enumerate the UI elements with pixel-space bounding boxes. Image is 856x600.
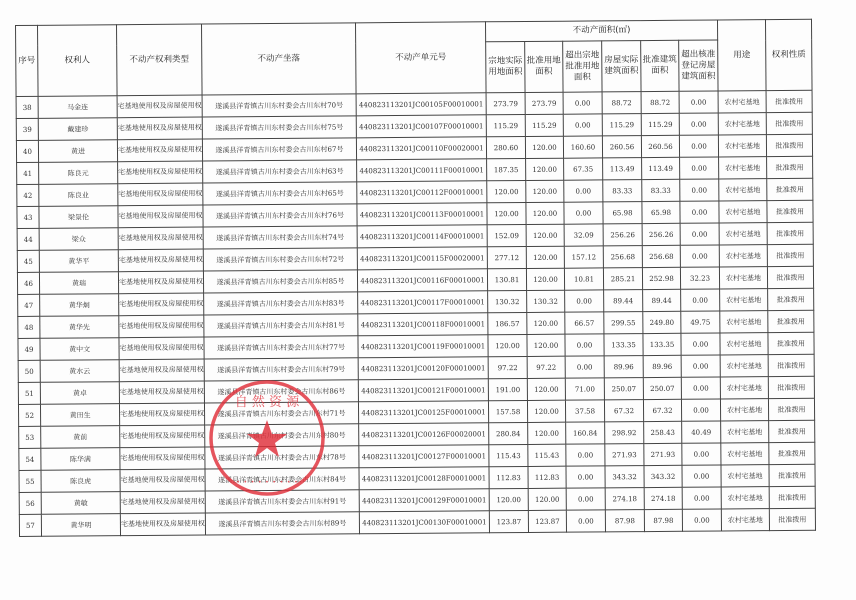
row-right-type: 宅基地使用权及房屋使用权: [117, 95, 202, 118]
row-nature: 批准拨用: [767, 222, 813, 244]
row-usage: 农村宅基地: [719, 157, 767, 179]
row-land-actual: 191.00: [488, 378, 527, 400]
row-location: 遂溪县洋青镇古川东村委会古川东村80号: [205, 424, 359, 447]
row-right-type: 宅基地使用权及房屋使用权: [118, 161, 203, 184]
row-nature: 批准拨用: [768, 398, 814, 420]
row-house-actual: 298.92: [605, 422, 644, 444]
header-usage: 用途: [717, 20, 766, 91]
row-house-actual: 274.18: [605, 488, 644, 510]
row-house-actual: 256.68: [603, 246, 642, 268]
row-land-actual: 120.00: [489, 488, 528, 510]
row-house-excess: 0.00: [681, 289, 720, 311]
row-nature: 批准拨用: [769, 486, 815, 508]
row-location: 遂溪县洋青镇古川东村委会古川东村70号: [202, 94, 356, 117]
row-right-type: 宅基地使用权及房屋使用权: [119, 381, 204, 404]
row-land-actual: 157.58: [488, 400, 527, 422]
row-house-actual: 343.32: [605, 466, 644, 488]
row-seq: 50: [18, 360, 40, 382]
row-land-excess: 67.35: [564, 158, 603, 180]
row-land-excess: 0.00: [565, 334, 604, 356]
row-house-approved: 260.56: [641, 135, 679, 157]
row-location: 遂溪县洋青镇古川东村委会古川东村89号: [205, 512, 359, 535]
row-house-approved: 89.96: [643, 355, 681, 377]
row-house-excess: 0.00: [682, 465, 721, 487]
header-house-approved: 批准建筑面积: [641, 40, 679, 91]
row-house-approved: 67.32: [643, 399, 681, 421]
property-register-table: 序号 权利人 不动产权利类型 不动产坐落 不动产单元号 不动产面积(㎡) 用途 …: [15, 19, 816, 537]
row-nature: 批准拨用: [768, 332, 814, 354]
row-land-actual: 112.83: [489, 466, 528, 488]
row-house-approved: 65.98: [642, 201, 680, 223]
row-location: 遂溪县洋青镇古川东村委会古川东村72号: [203, 248, 357, 271]
row-house-approved: 89.44: [643, 289, 681, 311]
row-seq: 44: [17, 228, 39, 250]
row-right-type: 宅基地使用权及房屋使用权: [119, 337, 204, 360]
row-house-excess: 0.00: [679, 91, 718, 113]
row-unit-no: 440823113201JC00125F00010001: [358, 401, 488, 424]
row-unit-no: 440823113201JC00128F00010001: [359, 467, 489, 490]
row-nature: 批准拨用: [769, 508, 815, 530]
row-house-actual: 299.55: [604, 312, 643, 334]
row-land-approved: 112.83: [528, 466, 566, 488]
row-land-approved: 97.22: [527, 356, 565, 378]
row-house-actual: 285.21: [603, 268, 642, 290]
row-usage: 农村宅基地: [720, 311, 768, 333]
row-house-actual: 88.72: [602, 92, 641, 114]
row-right-type: 宅基地使用权及房屋使用权: [120, 469, 205, 492]
row-house-actual: 67.32: [604, 400, 643, 422]
row-land-excess: 0.00: [564, 180, 603, 202]
row-usage: 农村宅基地: [721, 509, 769, 531]
row-seq: 54: [19, 448, 41, 470]
row-house-actual: 256.26: [603, 224, 642, 246]
row-unit-no: 440823113201JC00110F00020001: [356, 137, 486, 160]
row-holder: 陈良元: [39, 162, 118, 185]
row-land-actual: 187.35: [487, 158, 526, 180]
row-house-actual: 87.98: [605, 510, 644, 532]
row-house-actual: 65.98: [603, 202, 642, 224]
row-seq: 45: [17, 250, 39, 272]
row-unit-no: 440823113201JC00113F00010001: [357, 203, 487, 226]
row-right-type: 宅基地使用权及房屋使用权: [119, 315, 204, 338]
row-unit-no: 440823113201JC00130F00010001: [359, 511, 489, 534]
header-land-actual: 宗地实际用地面积: [486, 41, 525, 92]
table-body: 38马金连宅基地使用权及房屋使用权遂溪县洋青镇古川东村委会古川东村70号4408…: [16, 90, 815, 536]
row-land-actual: 277.12: [487, 246, 526, 268]
row-house-excess: 0.00: [681, 333, 720, 355]
row-usage: 农村宅基地: [720, 399, 768, 421]
row-unit-no: 440823113201JC00107F00010001: [356, 115, 486, 138]
row-house-approved: 256.68: [642, 245, 680, 267]
row-location: 遂溪县洋青镇古川东村委会古川东村63号: [203, 160, 357, 183]
row-unit-no: 440823113201JC00117F00010001: [358, 291, 488, 314]
row-seq: 43: [17, 206, 39, 228]
header-house-excess: 超出核准登记房屋建筑面积: [679, 40, 718, 91]
row-land-excess: 0.00: [565, 290, 604, 312]
row-land-approved: 120.00: [527, 334, 565, 356]
row-unit-no: 440823113201JC00126F00020001: [359, 423, 489, 446]
row-house-excess: 40.49: [682, 421, 721, 443]
row-usage: 农村宅基地: [719, 201, 767, 223]
row-house-excess: 0.00: [682, 509, 721, 531]
row-seq: 51: [18, 382, 40, 404]
row-seq: 56: [19, 492, 41, 514]
row-house-approved: 258.43: [644, 421, 682, 443]
row-land-excess: 0.00: [565, 356, 604, 378]
row-holder: 黄瑞: [39, 272, 118, 295]
row-land-actual: 120.00: [488, 334, 527, 356]
row-land-excess: 66.57: [565, 312, 604, 334]
row-land-excess: 32.09: [564, 224, 603, 246]
row-right-type: 宅基地使用权及房屋使用权: [119, 403, 204, 426]
row-house-excess: 0.00: [679, 135, 718, 157]
row-land-excess: 10.81: [564, 268, 603, 290]
row-location: 遂溪县洋青镇古川东村委会古川东村74号: [203, 226, 357, 249]
row-usage: 农村宅基地: [719, 267, 767, 289]
row-house-approved: 343.32: [644, 465, 682, 487]
row-house-actual: 250.07: [604, 378, 643, 400]
row-unit-no: 440823113201JC00119F00010001: [358, 335, 488, 358]
row-right-type: 宅基地使用权及房屋使用权: [118, 249, 203, 272]
row-seq: 41: [17, 162, 39, 184]
row-seq: 40: [16, 140, 38, 162]
row-usage: 农村宅基地: [721, 421, 769, 443]
row-land-approved: 120.00: [527, 312, 565, 334]
row-nature: 批准拨用: [767, 200, 813, 222]
row-land-approved: 115.29: [525, 114, 563, 136]
row-location: 遂溪县洋青镇古川东村委会古川东村78号: [205, 446, 359, 469]
row-usage: 农村宅基地: [718, 135, 766, 157]
row-seq: 53: [19, 426, 41, 448]
row-land-excess: 37.58: [565, 400, 604, 422]
document-page: 序号 权利人 不动产权利类型 不动产坐落 不动产单元号 不动产面积(㎡) 用途 …: [0, 0, 856, 600]
row-holder: 黄卓: [40, 382, 119, 405]
row-right-type: 宅基地使用权及房屋使用权: [119, 293, 204, 316]
row-land-excess: 0.00: [564, 202, 603, 224]
row-house-actual: 271.93: [605, 444, 644, 466]
row-location: 遂溪县洋青镇古川东村委会古川东村83号: [204, 292, 358, 315]
row-land-excess: 0.00: [566, 488, 605, 510]
row-land-approved: 120.00: [528, 488, 566, 510]
row-holder: 黄进: [38, 140, 117, 163]
row-usage: 农村宅基地: [718, 91, 766, 113]
row-land-actual: 273.79: [486, 92, 525, 114]
row-unit-no: 440823113201JC00112F00010001: [357, 181, 487, 204]
row-land-actual: 115.43: [489, 444, 528, 466]
row-land-approved: 120.00: [526, 268, 564, 290]
row-usage: 农村宅基地: [721, 443, 769, 465]
row-house-actual: 113.49: [603, 158, 642, 180]
row-land-actual: 280.84: [489, 422, 528, 444]
row-land-excess: 160.84: [566, 422, 605, 444]
row-house-actual: 133.35: [604, 334, 643, 356]
row-land-approved: 115.43: [528, 444, 566, 466]
header-holder: 权利人: [38, 25, 118, 97]
row-land-approved: 120.00: [526, 246, 564, 268]
row-house-approved: 256.26: [642, 223, 680, 245]
row-holder: 黄华先: [40, 316, 119, 339]
row-land-actual: 120.00: [487, 180, 526, 202]
row-seq: 46: [17, 272, 39, 294]
row-unit-no: 440823113201JC00129F00010001: [359, 489, 489, 512]
row-holder: 黄华平: [39, 250, 118, 273]
row-nature: 批准拨用: [767, 156, 813, 178]
row-nature: 批准拨用: [769, 420, 815, 442]
header-nature: 权利性质: [765, 19, 812, 90]
row-house-actual: 83.33: [603, 180, 642, 202]
row-house-approved: 274.18: [644, 487, 682, 509]
row-house-approved: 249.80: [643, 311, 681, 333]
row-land-approved: 130.32: [527, 290, 565, 312]
row-unit-no: 440823113201JC00105F00010001: [356, 93, 486, 116]
row-nature: 批准拨用: [767, 266, 813, 288]
row-house-excess: 0.00: [680, 157, 719, 179]
row-land-excess: 157.12: [564, 246, 603, 268]
row-house-approved: 115.29: [641, 113, 679, 135]
row-land-excess: 0.00: [563, 92, 602, 114]
row-land-approved: 120.00: [527, 400, 565, 422]
row-holder: 黄华炯: [40, 294, 119, 317]
row-usage: 农村宅基地: [719, 179, 767, 201]
row-holder: 黄敏: [41, 492, 120, 515]
row-land-actual: 115.29: [486, 114, 525, 136]
row-unit-no: 440823113201JC00115F00020001: [357, 247, 487, 270]
row-nature: 批准拨用: [769, 464, 815, 486]
row-house-actual: 115.29: [602, 114, 641, 136]
row-unit-no: 440823113201JC00114F00010001: [357, 225, 487, 248]
row-house-excess: 0.00: [682, 443, 721, 465]
header-unit-no: 不动产单元号: [355, 22, 486, 94]
row-seq: 55: [19, 470, 41, 492]
row-house-approved: 88.72: [641, 91, 679, 113]
row-right-type: 宅基地使用权及房屋使用权: [120, 513, 205, 536]
row-usage: 农村宅基地: [720, 355, 768, 377]
row-seq: 48: [18, 316, 40, 338]
row-location: 遂溪县洋青镇古川东村委会古川东村91号: [205, 490, 359, 513]
row-location: 遂溪县洋青镇古川东村委会古川东村76号: [203, 204, 357, 227]
row-nature: 批准拨用: [768, 376, 814, 398]
row-house-approved: 83.33: [642, 179, 680, 201]
row-land-approved: 120.00: [526, 224, 564, 246]
header-area-group: 不动产面积(㎡): [485, 20, 717, 42]
row-right-type: 宅基地使用权及房屋使用权: [118, 227, 203, 250]
row-location: 遂溪县洋青镇古川东村委会古川东村75号: [202, 116, 356, 139]
row-holder: 马金连: [38, 96, 117, 119]
row-location: 遂溪县洋青镇古川东村委会古川东村65号: [203, 182, 357, 205]
row-house-approved: 87.98: [644, 509, 682, 531]
row-unit-no: 440823113201JC00120F00010001: [358, 357, 488, 380]
header-seq: 序号: [16, 25, 39, 96]
row-seq: 57: [19, 514, 41, 536]
row-right-type: 宅基地使用权及房屋使用权: [118, 183, 203, 206]
row-right-type: 宅基地使用权及房屋使用权: [120, 491, 205, 514]
row-house-approved: 133.35: [643, 333, 681, 355]
row-nature: 批准拨用: [767, 178, 813, 200]
row-seq: 38: [16, 96, 38, 118]
row-seq: 39: [16, 118, 38, 140]
row-right-type: 宅基地使用权及房屋使用权: [120, 425, 205, 448]
row-house-excess: 0.00: [681, 377, 720, 399]
row-house-approved: 250.07: [643, 377, 681, 399]
row-land-excess: 160.60: [563, 136, 602, 158]
row-nature: 批准拨用: [766, 90, 812, 112]
row-holder: 黄田生: [40, 404, 119, 427]
row-house-excess: 0.00: [680, 223, 719, 245]
row-unit-no: 440823113201JC00121F00010001: [358, 379, 488, 402]
header-house-actual: 房屋实际建筑面积: [602, 41, 641, 92]
row-land-excess: 0.00: [566, 466, 605, 488]
row-location: 遂溪县洋青镇古川东村委会古川东村84号: [205, 468, 359, 491]
row-seq: 47: [18, 294, 40, 316]
row-nature: 批准拨用: [766, 112, 812, 134]
row-nature: 批准拨用: [768, 288, 814, 310]
row-land-approved: 123.87: [528, 510, 566, 532]
row-right-type: 宅基地使用权及房屋使用权: [120, 447, 205, 470]
row-unit-no: 440823113201JC00111F00010001: [357, 159, 487, 182]
row-house-excess: 0.00: [680, 179, 719, 201]
row-holder: 梁景伦: [39, 206, 118, 229]
row-land-approved: 273.79: [525, 92, 563, 114]
header-land-approved: 批准用地面积: [525, 41, 563, 92]
row-right-type: 宅基地使用权及房屋使用权: [118, 205, 203, 228]
row-land-approved: 120.00: [526, 158, 564, 180]
row-usage: 农村宅基地: [721, 465, 769, 487]
row-unit-no: 440823113201JC00127F00010001: [359, 445, 489, 468]
header-land-excess: 超出宗地批准用地面积: [563, 41, 602, 92]
row-house-excess: 0.00: [679, 113, 718, 135]
header-right-type: 不动产权利类型: [117, 24, 203, 96]
row-location: 遂溪县洋青镇古川东村委会古川东村79号: [204, 358, 358, 381]
header-location: 不动产坐落: [201, 23, 356, 95]
row-holder: 陈良业: [39, 184, 118, 207]
row-land-excess: 0.00: [563, 114, 602, 136]
row-land-actual: 120.00: [487, 202, 526, 224]
row-house-excess: 0.00: [681, 355, 720, 377]
row-land-approved: 120.00: [527, 378, 565, 400]
row-usage: 农村宅基地: [718, 113, 766, 135]
row-land-excess: 71.00: [565, 378, 604, 400]
row-location: 遂溪县洋青镇古川东村委会古川东村67号: [202, 138, 356, 161]
row-usage: 农村宅基地: [720, 333, 768, 355]
row-holder: 黄水云: [40, 360, 119, 383]
row-nature: 批准拨用: [767, 244, 813, 266]
row-right-type: 宅基地使用权及房屋使用权: [118, 271, 203, 294]
row-seq: 42: [17, 184, 39, 206]
row-house-excess: 0.00: [681, 399, 720, 421]
row-land-excess: 0.00: [566, 510, 605, 532]
row-usage: 农村宅基地: [721, 487, 769, 509]
row-land-actual: 130.32: [488, 290, 527, 312]
row-location: 遂溪县洋青镇古川东村委会古川东村85号: [203, 270, 357, 293]
row-location: 遂溪县洋青镇古川东村委会古川东村81号: [204, 314, 358, 337]
row-usage: 农村宅基地: [720, 289, 768, 311]
row-holder: 黄华明: [41, 514, 120, 537]
row-land-actual: 280.60: [486, 136, 525, 158]
row-nature: 批准拨用: [769, 442, 815, 464]
row-location: 遂溪县洋青镇古川东村委会古川东村77号: [204, 336, 358, 359]
row-house-excess: 0.00: [680, 245, 719, 267]
row-usage: 农村宅基地: [719, 223, 767, 245]
row-land-excess: 0.00: [566, 444, 605, 466]
row-usage: 农村宅基地: [719, 245, 767, 267]
row-house-actual: 89.96: [604, 356, 643, 378]
row-house-approved: 252.98: [642, 267, 680, 289]
row-house-excess: 0.00: [682, 487, 721, 509]
row-right-type: 宅基地使用权及房屋使用权: [117, 139, 202, 162]
row-seq: 52: [18, 404, 40, 426]
row-land-actual: 130.81: [487, 268, 526, 290]
row-house-excess: 0.00: [680, 201, 719, 223]
row-land-actual: 152.09: [487, 224, 526, 246]
row-house-approved: 271.93: [644, 443, 682, 465]
row-location: 遂溪县洋青镇古川东村委会古川东村71号: [204, 402, 358, 425]
row-nature: 批准拨用: [768, 354, 814, 376]
row-seq: 49: [18, 338, 40, 360]
row-land-approved: 120.00: [526, 180, 564, 202]
row-usage: 农村宅基地: [720, 377, 768, 399]
row-land-approved: 120.00: [525, 136, 563, 158]
row-holder: 戴建珍: [38, 118, 117, 141]
row-unit-no: 440823113201JC00118F00010001: [358, 313, 488, 336]
row-house-excess: 32.23: [680, 267, 719, 289]
row-land-actual: 97.22: [488, 356, 527, 378]
row-house-excess: 49.75: [681, 311, 720, 333]
row-house-actual: 89.44: [604, 290, 643, 312]
row-land-approved: 120.00: [526, 202, 564, 224]
row-land-approved: 120.00: [528, 422, 566, 444]
row-house-approved: 113.49: [642, 157, 680, 179]
row-holder: 陈良虎: [41, 470, 120, 493]
row-holder: 梁众: [39, 228, 118, 251]
row-land-actual: 123.87: [489, 510, 528, 532]
row-holder: 黄中文: [40, 338, 119, 361]
row-land-actual: 186.57: [488, 312, 527, 334]
row-house-actual: 260.56: [602, 136, 641, 158]
row-nature: 批准拨用: [768, 310, 814, 332]
row-right-type: 宅基地使用权及房屋使用权: [117, 117, 202, 140]
row-holder: 陈华满: [41, 448, 120, 471]
row-right-type: 宅基地使用权及房屋使用权: [119, 359, 204, 382]
row-unit-no: 440823113201JC00116F00010001: [357, 269, 487, 292]
row-holder: 黄前: [41, 426, 120, 449]
row-location: 遂溪县洋青镇古川东村委会古川东村86号: [204, 380, 358, 403]
row-nature: 批准拨用: [766, 134, 812, 156]
